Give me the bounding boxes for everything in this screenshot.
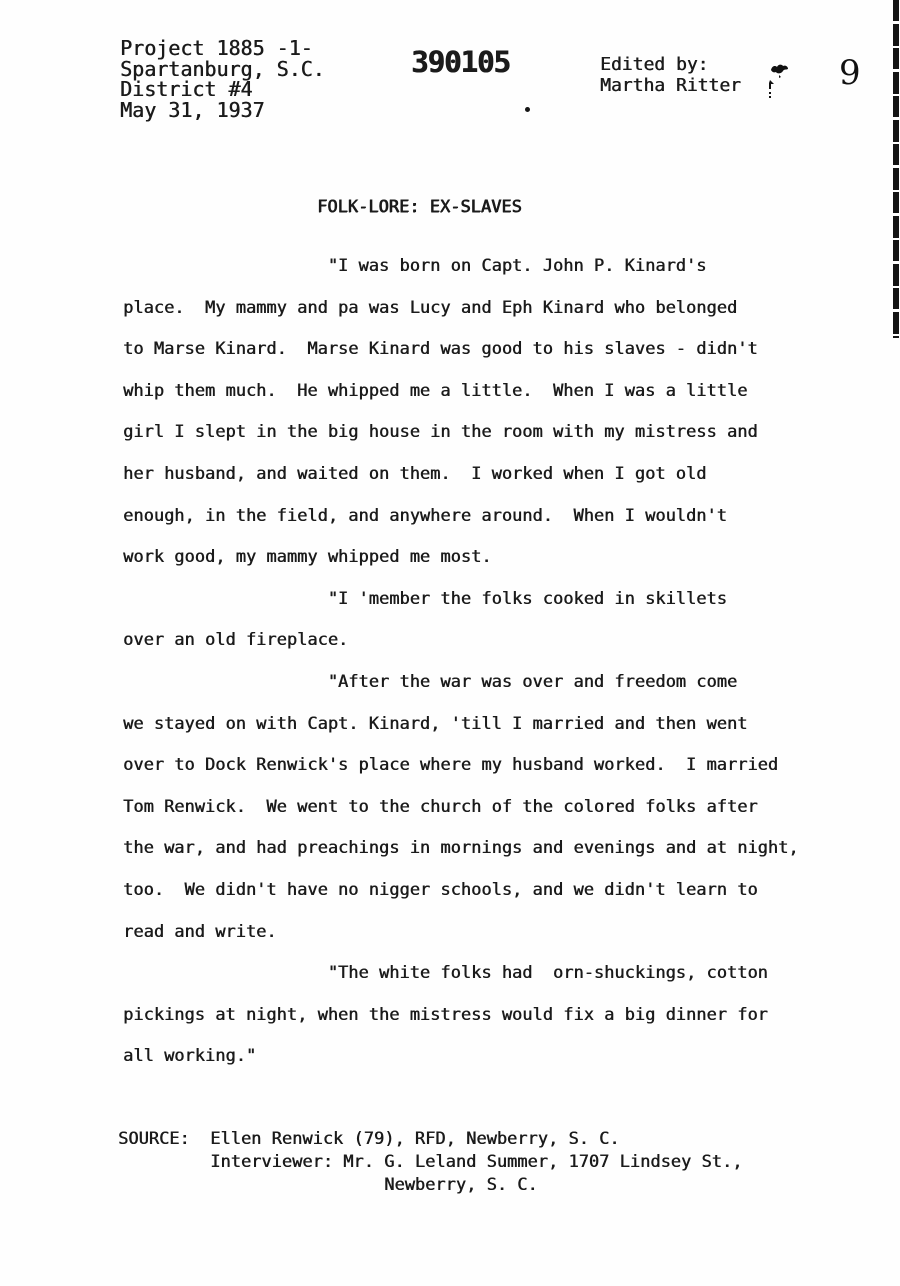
text-line: Project 1885 -1- bbox=[120, 38, 325, 59]
text-line: enough, in the field, and anywhere aroun… bbox=[123, 496, 799, 538]
edited-by-block: Edited by: Martha Ritter bbox=[600, 54, 741, 96]
text-line: the war, and had preachings in mornings … bbox=[123, 828, 799, 870]
text-line: over an old fireplace. bbox=[123, 620, 799, 662]
text-line: District #4 bbox=[120, 79, 325, 100]
text-line: girl I slept in the big house in the roo… bbox=[123, 412, 799, 454]
text-line: Newberry, S. C. bbox=[118, 1174, 742, 1197]
document-title: FOLK-LORE: EX-SLAVES bbox=[317, 197, 522, 217]
edited-by-label: Edited by: bbox=[600, 54, 741, 75]
page-number: 9 bbox=[839, 56, 861, 90]
ink-flick-mark bbox=[766, 79, 778, 99]
stray-ink-dot bbox=[525, 107, 530, 112]
header-project-block: Project 1885 -1-Spartanburg, S.C.Distric… bbox=[120, 38, 325, 120]
text-line: all working." bbox=[123, 1036, 799, 1078]
text-line: SOURCE: Ellen Renwick (79), RFD, Newberr… bbox=[118, 1128, 742, 1151]
narrative-body: "I was born on Capt. John P. Kinard'spla… bbox=[123, 246, 799, 1078]
text-line: too. We didn't have no nigger schools, a… bbox=[123, 870, 799, 912]
text-line: we stayed on with Capt. Kinard, 'till I … bbox=[123, 704, 799, 746]
source-block: SOURCE: Ellen Renwick (79), RFD, Newberr… bbox=[118, 1128, 742, 1197]
text-line: read and write. bbox=[123, 912, 799, 954]
text-line: May 31, 1937 bbox=[120, 100, 325, 121]
ink-smudge-icon bbox=[769, 63, 791, 80]
text-line: pickings at night, when the mistress wou… bbox=[123, 995, 799, 1037]
text-line: her husband, and waited on them. I worke… bbox=[123, 454, 799, 496]
text-line: place. My mammy and pa was Lucy and Eph … bbox=[123, 288, 799, 330]
text-line: "The white folks had orn-shuckings, cott… bbox=[123, 953, 799, 995]
edited-by-name: Martha Ritter bbox=[600, 75, 741, 96]
scanner-edge-artifact bbox=[893, 0, 899, 338]
document-page: Project 1885 -1-Spartanburg, S.C.Distric… bbox=[0, 0, 900, 1286]
text-line: to Marse Kinard. Marse Kinard was good t… bbox=[123, 329, 799, 371]
text-line: Interviewer: Mr. G. Leland Summer, 1707 … bbox=[118, 1151, 742, 1174]
text-line: "After the war was over and freedom come bbox=[123, 662, 799, 704]
stamp-number: 390105 bbox=[411, 48, 510, 77]
text-line: whip them much. He whipped me a little. … bbox=[123, 371, 799, 413]
text-line: work good, my mammy whipped me most. bbox=[123, 537, 799, 579]
text-line: over to Dock Renwick's place where my hu… bbox=[123, 745, 799, 787]
text-line: "I was born on Capt. John P. Kinard's bbox=[123, 246, 799, 288]
text-line: "I 'member the folks cooked in skillets bbox=[123, 579, 799, 621]
text-line: Tom Renwick. We went to the church of th… bbox=[123, 787, 799, 829]
text-line: Spartanburg, S.C. bbox=[120, 59, 325, 80]
